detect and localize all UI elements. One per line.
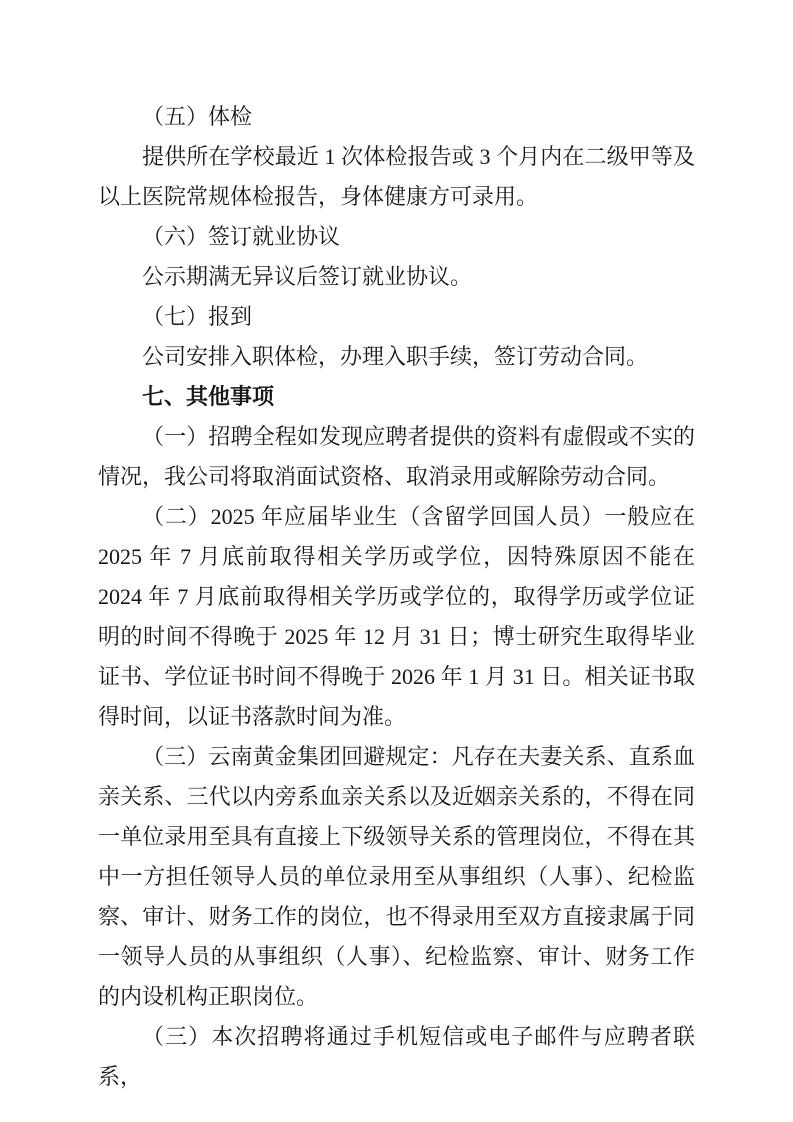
paragraph: （三）云南黄金集团回避规定：凡存在夫妻关系、直系血亲关系、三代以内旁系血亲关系以… <box>98 737 695 1017</box>
paragraph: （六）签订就业协议 <box>98 217 695 257</box>
paragraph: 公示期满无异议后签订就业协议。 <box>98 257 695 297</box>
paragraph: （七）报到 <box>98 297 695 337</box>
document-page: （五）体检提供所在学校最近 1 次体检报告或 3 个月内在二级甲等及以上医院常规… <box>0 0 793 1122</box>
paragraph: （三）本次招聘将通过手机短信或电子邮件与应聘者联系， <box>98 1017 695 1097</box>
paragraph: 公司安排入职体检，办理入职手续，签订劳动合同。 <box>98 337 695 377</box>
paragraph: 提供所在学校最近 1 次体检报告或 3 个月内在二级甲等及以上医院常规体检报告，… <box>98 137 695 217</box>
document-body: （五）体检提供所在学校最近 1 次体检报告或 3 个月内在二级甲等及以上医院常规… <box>98 97 695 1097</box>
paragraph: （一）招聘全程如发现应聘者提供的资料有虚假或不实的情况，我公司将取消面试资格、取… <box>98 417 695 497</box>
paragraph: （二）2025 年应届毕业生（含留学回国人员）一般应在 2025 年 7 月底前… <box>98 497 695 737</box>
paragraph: （五）体检 <box>98 97 695 137</box>
section-heading: 七、其他事项 <box>98 377 695 417</box>
